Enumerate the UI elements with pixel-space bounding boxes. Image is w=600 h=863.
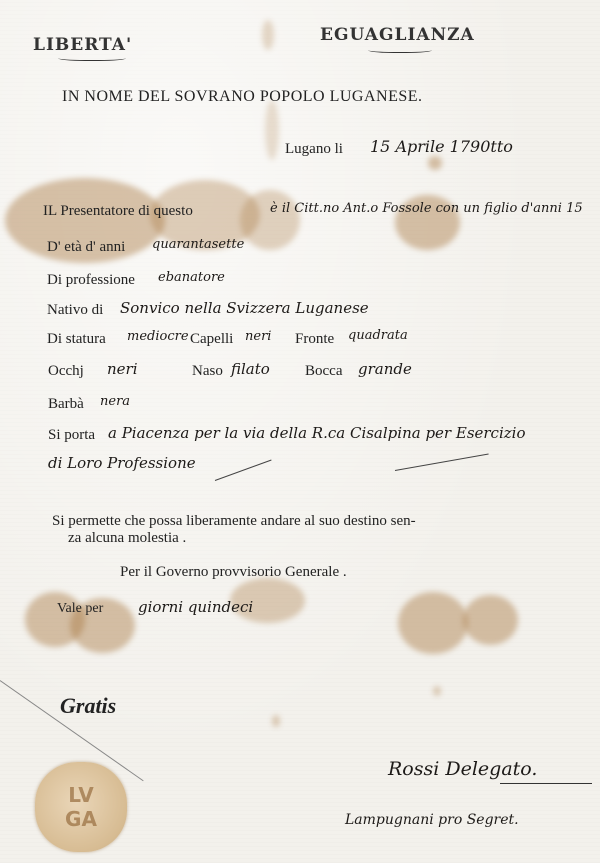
ornament-underline [58,54,126,61]
stain [272,715,280,727]
presentatore-label: IL Presentatore di questo [43,203,193,220]
permission-line2: za alcuna molestia . [68,530,186,547]
wax-seal: LV GA [35,762,127,852]
barba-value: nera [100,394,130,409]
occhi-label: Occhj [48,363,84,380]
seal-text-bottom: GA [65,807,97,831]
presentatore-value: è il Citt.no Ant.o Fossole con un figlio… [270,201,583,216]
naso-value: filato [231,360,270,378]
gratis-label: Gratis [60,693,116,719]
validity-value: giorni quindeci [138,598,253,616]
capelli-value: neri [245,329,271,344]
fronte-label: Fronte [295,331,334,348]
occhi-value: neri [107,360,138,378]
delegate-signature: Rossi Delegato. [388,758,537,780]
date-label: Lugano li [285,141,343,158]
bocca-label: Bocca [305,363,342,380]
eta-label: D' età d' anni [47,239,125,256]
seal-text-top: LV [65,783,97,807]
professione-value: ebanatore [158,270,225,285]
stain [398,592,468,654]
validity-label: Vale per [57,601,103,617]
destinazione-value-line2: di Loro Professione [48,454,196,472]
professione-label: Di professione [47,272,135,289]
motto-eguaglianza: EGUAGLIANZA [320,25,475,45]
eta-value: quarantasette [152,237,244,252]
ornament-underline [368,46,432,53]
stain [240,190,300,250]
stain [262,20,274,50]
destinazione-value-line1: a Piacenza per la via della R.ca Cisalpi… [108,424,526,442]
nativo-label: Nativo di [47,302,103,319]
barba-label: Barbà [48,396,84,413]
signature-underline [500,783,592,784]
motto-liberta: LIBERTA' [33,35,132,55]
permission-line1: Si permette che possa liberamente andare… [52,513,416,530]
stain [433,686,441,696]
statura-value: mediocre [127,329,189,344]
document-title: IN NOME DEL SOVRANO POPOLO LUGANESE. [62,88,423,106]
secretary-signature: Lampugnani pro Segret. [345,812,519,828]
government-line: Per il Governo provvisorio Generale . [120,564,347,581]
destinazione-label: Si porta [48,427,95,444]
fronte-value: quadrata [348,328,408,343]
stain [463,595,518,645]
stain [428,156,442,170]
capelli-label: Capelli [190,331,233,348]
statura-label: Di statura [47,331,106,348]
nativo-value: Sonvico nella Svizzera Luganese [120,299,369,317]
stain [265,100,279,160]
naso-label: Naso [192,363,223,380]
bocca-value: grande [358,360,412,378]
date-value: 15 Aprile 1790tto [370,137,513,156]
